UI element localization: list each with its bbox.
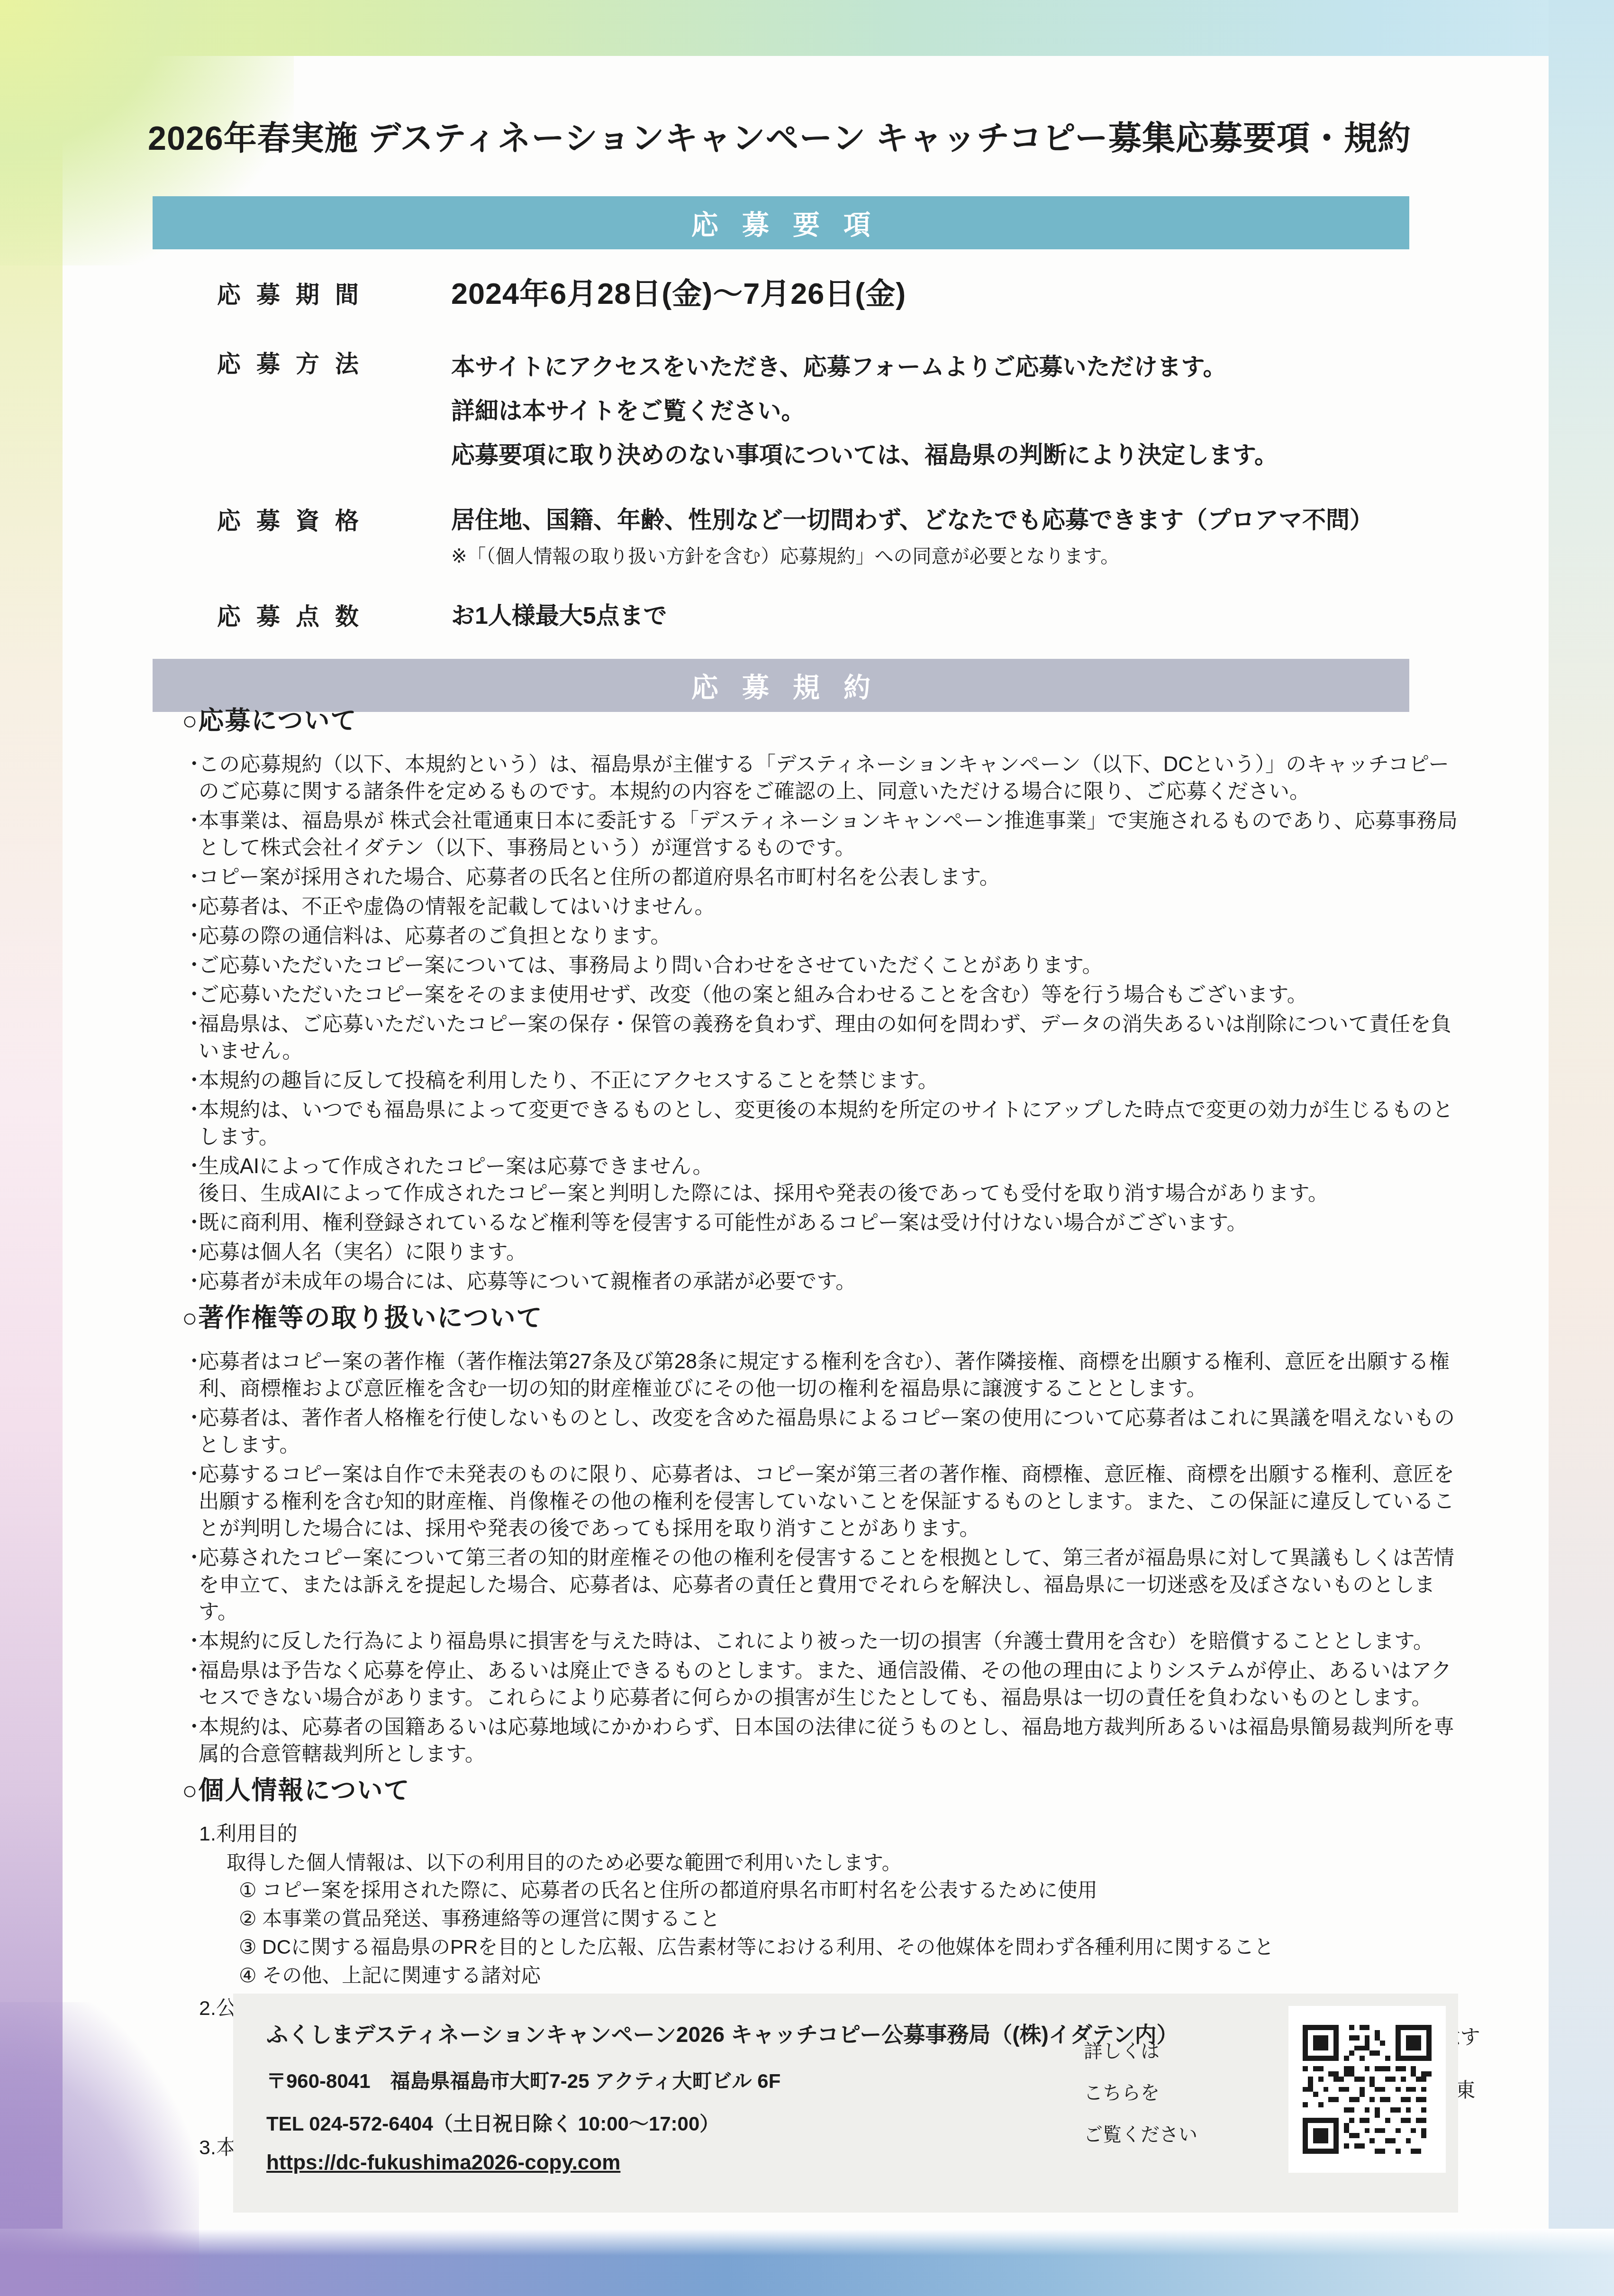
list-item: 福島県は、ご応募いただいたコピー案の保存・保管の義務を負わず、理由の如何を問わず… <box>186 1011 1465 1065</box>
row-label: 応募期間 <box>217 276 384 312</box>
border-right-gradient <box>1549 0 1614 2296</box>
document-page: 2026年春実施 デスティネーションキャンペーン キャッチコピー募集応募要項・規… <box>0 0 1614 2296</box>
row-entry-period: 応募期間 2024年6月28日(金)～7月26日(金) <box>217 276 1515 312</box>
list-item: 本規約は、応募者の国籍あるいは応募地域にかかわらず、日本国の法律に従うものとし、… <box>186 1714 1465 1768</box>
heading-about-entry: ○応募について <box>182 701 1465 737</box>
heading-copyright: ○著作権等の取り扱いについて <box>182 1298 1465 1334</box>
list-item: この応募規約（以下、本規約という）は、福島県が主催する「デスティネーションキャン… <box>186 751 1465 805</box>
row-entry-method: 応募方法 本サイトにアクセスをいただき、応募フォームよりご応募いただけます。 詳… <box>217 345 1515 477</box>
list-item: 既に商利用、権利登録されているなど権利等を侵害する可能性があるコピー案は受け付け… <box>186 1210 1465 1237</box>
about-entry-list: この応募規約（以下、本規約という）は、福島県が主催する「デスティネーションキャン… <box>186 751 1465 1295</box>
list-item: 本規約に反した行為により福島県に損害を与えた時は、これにより被った一切の損害（弁… <box>186 1628 1465 1655</box>
contact-address: 〒960-8041 福島県福島市大町7-25 アクティ大町ビル 6F <box>266 2066 1179 2094</box>
list-item: ご応募いただいたコピー案をそのまま使用せず、改変（他の案と組み合わせることを含む… <box>186 982 1465 1009</box>
list-item: 応募は個人名（実名）に限ります。 <box>186 1239 1465 1266</box>
entry-method-line: 本サイトにアクセスをいただき、応募フォームよりご応募いただけます。 <box>451 345 1278 389</box>
section-bar-guidelines: 応募要項 <box>153 196 1409 249</box>
qr-caption-line: ご覧ください <box>1084 2114 1197 2156</box>
item-number: 3. <box>199 2136 216 2159</box>
personal-sub-item: ③ DCに関する福島県のPRを目的とした広報、広告素材等における利用、その他媒体… <box>239 1935 1493 1959</box>
personal-sub-item: ② 本事業の賞品発送、事務連絡等の運営に関すること <box>239 1906 1493 1931</box>
border-bottom-gradient <box>0 2229 1614 2296</box>
contact-url[interactable]: https://dc-fukushima2026-copy.com <box>266 2151 1179 2175</box>
row-label: 応募方法 <box>217 345 384 477</box>
contact-box: ふくしまデスティネーションキャンペーン2026 キャッチコピー公募事務局（(株)… <box>233 1994 1458 2213</box>
row-label: 応募資格 <box>217 502 384 570</box>
contact-tel: TEL 024-572-6404（土日祝日除く 10:00～17:00） <box>266 2108 1179 2137</box>
qr-code-panel <box>1288 2006 1446 2173</box>
qr-caption: 詳しくは こちらを ご覧ください <box>1084 2031 1197 2156</box>
personal-item-1-lead: 取得した個人情報は、以下の利用目的のため必要な範囲で利用いたします。 <box>227 1850 1465 1875</box>
list-item: 本規約は、いつでも福島県によって変更できるものとし、変更後の本規約を所定のサイト… <box>186 1097 1465 1151</box>
row-label: 応募点数 <box>217 598 384 634</box>
contact-details: ふくしまデスティネーションキャンペーン2026 キャッチコピー公募事務局（(株)… <box>266 2017 1179 2175</box>
border-left-gradient <box>0 0 63 2296</box>
list-item: コピー案が採用された場合、応募者の氏名と住所の都道府県名市町村名を公表します。 <box>186 864 1465 891</box>
entry-method-line: 詳細は本サイトをご覧ください。 <box>451 389 1278 433</box>
rules-body: ○応募について この応募規約（以下、本規約という）は、福島県が主催する「デスティ… <box>186 701 1465 2164</box>
list-item: 福島県は予告なく応募を停止、あるいは廃止できるものとします。また、通信設備、その… <box>186 1658 1465 1712</box>
item-number: 2. <box>199 1997 216 2020</box>
qr-caption-line: こちらを <box>1084 2072 1197 2114</box>
personal-sub-item: ④ その他、上記に関連する諸対応 <box>239 1963 1493 1988</box>
border-corner-bottomleft <box>0 2002 199 2296</box>
list-item: ご応募いただいたコピー案については、事務局より問い合わせをさせていただくことがあ… <box>186 952 1465 979</box>
contact-org: ふくしまデスティネーションキャンペーン2026 キャッチコピー公募事務局（(株)… <box>266 2017 1179 2049</box>
list-item-text: 生成AIによって作成されたコピー案は応募できません。 <box>199 1155 713 1178</box>
list-item: 本規約の趣旨に反して投稿を利用したり、不正にアクセスすることを禁じます。 <box>186 1067 1465 1094</box>
eligibility-value: 居住地、国籍、年齢、性別など一切問わず、どなたでも応募できます（プロアマ不問） … <box>451 502 1373 570</box>
eligibility-line: 居住地、国籍、年齢、性別など一切問わず、どなたでも応募できます（プロアマ不問） <box>451 502 1373 538</box>
copyright-list: 応募者はコピー案の著作権（著作権法第27条及び第28条に規定する権利を含む）、著… <box>186 1348 1465 1768</box>
heading-personal-info: ○個人情報について <box>182 1770 1465 1807</box>
qr-code-icon <box>1303 2025 1432 2154</box>
list-item: 応募者はコピー案の著作権（著作権法第27条及び第28条に規定する権利を含む）、著… <box>186 1348 1465 1403</box>
qr-caption-line: 詳しくは <box>1084 2031 1197 2072</box>
list-item: 応募の際の通信料は、応募者のご負担となります。 <box>186 923 1465 950</box>
list-item: 応募するコピー案は自作で未発表のものに限り、応募者は、コピー案が第三者の著作権、… <box>186 1461 1465 1542</box>
list-item: 応募者は、不正や虚偽の情報を記載してはいけません。 <box>186 893 1465 920</box>
list-item: 応募者が未成年の場合には、応募等について親権者の承諾が必要です。 <box>186 1268 1465 1295</box>
guidelines-table: 応募期間 2024年6月28日(金)～7月26日(金) 応募方法 本サイトにアク… <box>217 276 1515 634</box>
page-title: 2026年春実施 デスティネーションキャンペーン キャッチコピー募集応募要項・規… <box>0 112 1559 160</box>
list-item: 応募者は、著作者人格権を行使しないものとし、改変を含めた福島県によるコピー案の使… <box>186 1405 1465 1459</box>
list-item: 本事業は、福島県が 株式会社電通東日本に委託する「デスティネーションキャンペーン… <box>186 808 1465 862</box>
personal-sub-item: ① コピー案を採用された際に、応募者の氏名と住所の都道府県名市町村名を公表するた… <box>239 1878 1493 1903</box>
list-item: 生成AIによって作成されたコピー案は応募できません。 後日、生成AIによって作成… <box>186 1153 1465 1207</box>
entry-period-value: 2024年6月28日(金)～7月26日(金) <box>451 276 906 312</box>
row-eligibility: 応募資格 居住地、国籍、年齢、性別など一切問わず、どなたでも応募できます（プロア… <box>217 502 1515 570</box>
personal-item-1: 1.利用目的 <box>199 1821 1465 1847</box>
item-number: 1. <box>199 1822 216 1845</box>
item-title: 利用目的 <box>216 1822 298 1845</box>
entry-count-value: お1人様最大5点まで <box>451 598 667 634</box>
eligibility-note: ※「（個人情報の取り扱い方針を含む）応募規約」への同意が必要となります。 <box>451 543 1373 570</box>
entry-method-value: 本サイトにアクセスをいただき、応募フォームよりご応募いただけます。 詳細は本サイ… <box>451 345 1278 477</box>
row-entry-count: 応募点数 お1人様最大5点まで <box>217 598 1515 634</box>
entry-method-line: 応募要項に取り決めのない事項については、福島県の判断により決定します。 <box>451 433 1278 477</box>
list-item: 応募されたコピー案について第三者の知的財産権その他の権利を侵害することを根拠とし… <box>186 1545 1465 1626</box>
list-item-continuation: 後日、生成AIによって作成されたコピー案と判明した際には、採用や発表の後であって… <box>199 1180 1465 1207</box>
